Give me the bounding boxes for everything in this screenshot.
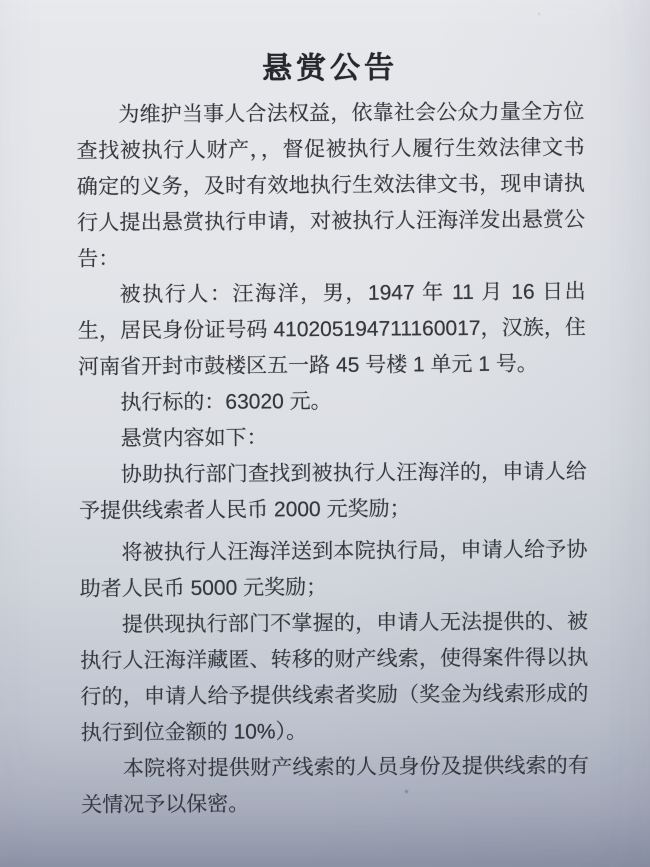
notice-paragraph: 被执行人：汪海洋，男，1947 年 11 月 16 日出生，居民身份证号码 41…	[78, 274, 587, 386]
paper-speck	[405, 790, 408, 793]
notice-paragraph: 提供现执行部门不掌握的，申请人无法提供的、被执行人汪海洋藏匿、转移的财产线索，使…	[80, 604, 589, 752]
notice-paragraph: 悬赏内容如下：	[79, 418, 587, 458]
notice-paragraph: 协助执行部门查找到被执行人汪海洋的，申请人给予提供线索者人民币 2000 元奖励…	[79, 454, 587, 530]
notice-paragraph: 执行标的：63020 元。	[78, 382, 586, 422]
document-photo: 悬赏公告 为维护当事人合法权益，依靠社会公众力量全方位查找被执行人财产，，督促被…	[0, 0, 650, 867]
paper-speck	[538, 13, 540, 15]
notice-title: 悬赏公告	[76, 50, 584, 88]
notice-page: 悬赏公告 为维护当事人合法权益，依靠社会公众力量全方位查找被执行人财产，，督促被…	[0, 0, 650, 867]
notice-paragraph: 将被执行人汪海洋送到本院执行局，申请人给予协助者人民币 5000 元奖励；	[79, 532, 587, 608]
notice-paragraph: 为维护当事人合法权益，依靠社会公众力量全方位查找被执行人财产，，督促被执行人履行…	[76, 94, 585, 278]
notice-body: 为维护当事人合法权益，依靠社会公众力量全方位查找被执行人财产，，督促被执行人履行…	[76, 94, 589, 824]
notice-paragraph: 本院将对提供财产线索的人员身份及提供线索的有关情况予以保密。	[81, 748, 589, 824]
